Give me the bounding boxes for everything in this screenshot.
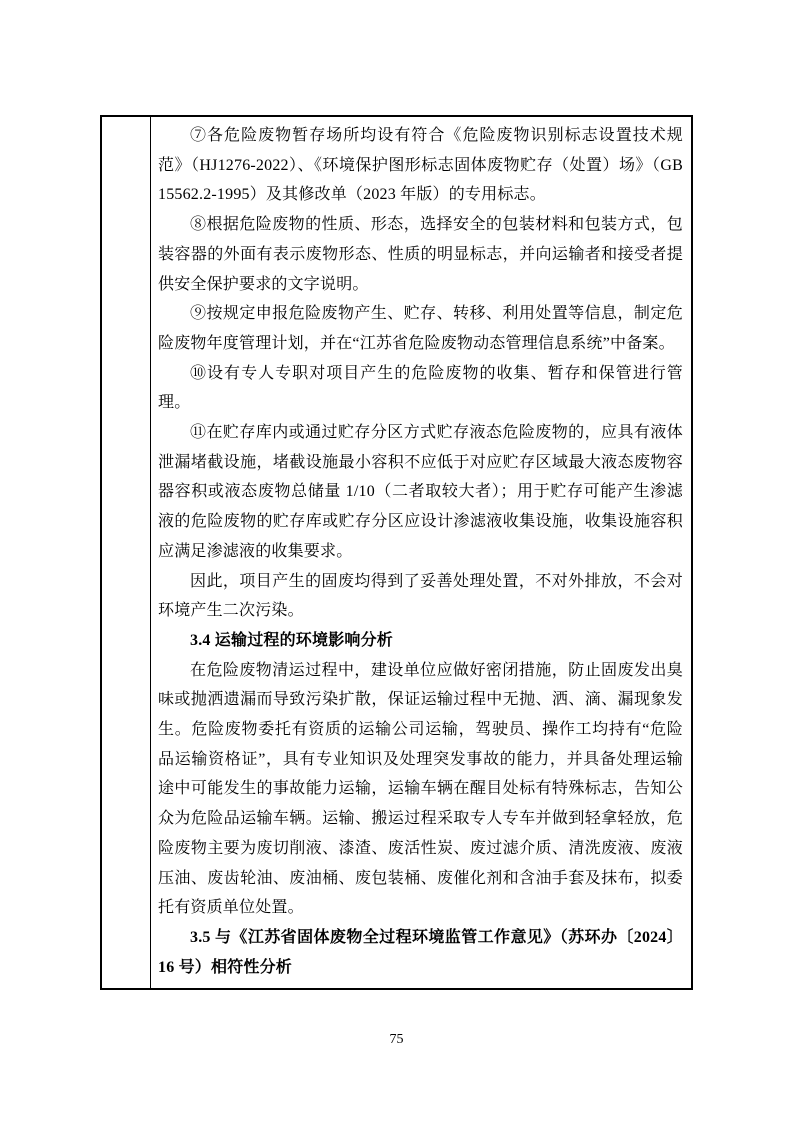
content-table: ⑦各危险废物暂存场所均设有符合《危险废物识别标志设置技术规范》（HJ1276-2… — [100, 115, 693, 990]
body-paragraph: 因此，项目产生的固废均得到了妥善处理处置，不对外排放，不会对环境产生二次污染。 — [158, 567, 683, 626]
body-paragraph: ⑧根据危险废物的性质、形态，选择安全的包装材料和包装方式，包装容器的外面有表示废… — [158, 210, 683, 299]
body-paragraph: ⑪在贮存库内或通过贮存分区方式贮存液态危险废物的，应具有液体泄漏堵截设施，堵截设… — [158, 418, 683, 567]
body-paragraph: ⑦各危险废物暂存场所均设有符合《危险废物识别标志设置技术规范》（HJ1276-2… — [158, 121, 683, 210]
body-paragraph: ⑨按规定申报危险废物产生、贮存、转移、利用处置等信息，制定危险废物年度管理计划，… — [158, 299, 683, 358]
table-label-cell — [101, 116, 151, 989]
table-row: ⑦各危险废物暂存场所均设有符合《危险废物识别标志设置技术规范》（HJ1276-2… — [101, 116, 692, 989]
table-content-cell: ⑦各危险废物暂存场所均设有符合《危险废物识别标志设置技术规范》（HJ1276-2… — [151, 116, 693, 989]
body-paragraph: 在危险废物清运过程中，建设单位应做好密闭措施，防止固废发出臭味或抛洒遗漏而导致污… — [158, 656, 683, 923]
body-paragraph: ⑩设有专人专职对项目产生的危险废物的收集、暂存和保管进行管理。 — [158, 359, 683, 418]
section-heading: 3.5 与《江苏省固体废物全过程环境监管工作意见》（苏环办〔2024〕16 号）… — [158, 923, 683, 982]
paragraphs-container: ⑦各危险废物暂存场所均设有符合《危险废物识别标志设置技术规范》（HJ1276-2… — [158, 121, 683, 982]
section-heading: 3.4 运输过程的环境影响分析 — [158, 626, 683, 656]
page-number: 75 — [0, 1030, 793, 1050]
